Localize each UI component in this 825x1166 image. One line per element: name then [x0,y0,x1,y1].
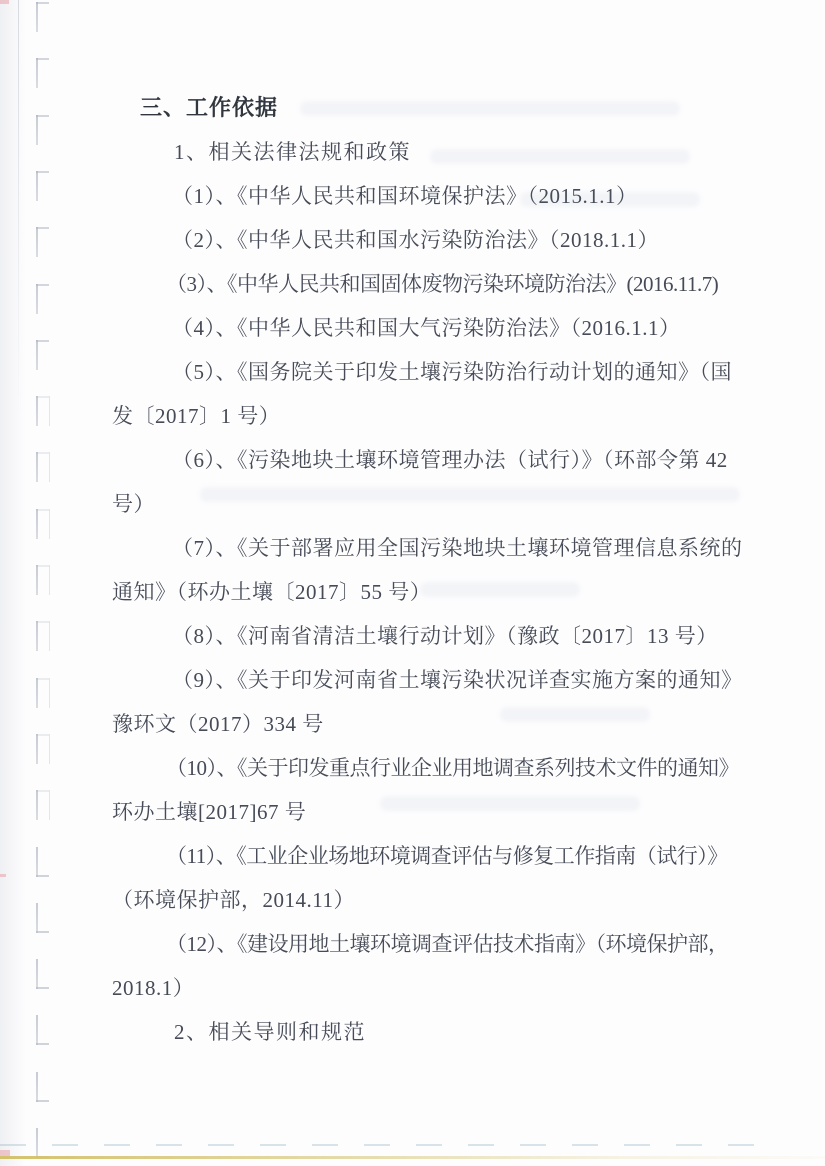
text-line: （7）、《关于部署应用全国污染地块土壤环境管理信息系统的 [112,526,767,570]
binding-hole-mark [36,1128,49,1158]
scan-speck [0,0,9,4]
binding-hole-mark [36,734,50,764]
text-line: 通知》（环办土壤〔2017〕55 号） [112,570,767,614]
text-line: （12）、《建设用地土壤环境调查评估技术指南》（环境保护部， [112,922,767,966]
binding-hole-mark [36,790,50,820]
binding-hole-mark [36,58,49,88]
scanned-document-page: 三、工作依据1、相关法律法规和政策（1）、《中华人民共和国环境保护法》（2015… [0,0,825,1166]
scan-left-edge-shading [0,0,26,1166]
binding-hole-mark [36,227,49,257]
binding-hole-mark [36,115,49,145]
scan-speck [0,874,6,877]
binding-hole-mark [36,340,49,370]
binding-hole-mark [36,621,50,651]
text-line: 环办土壤[2017]67 号 [112,790,767,834]
binding-hole-mark [36,171,49,201]
binding-hole-mark [36,678,50,708]
document-body: 三、工作依据1、相关法律法规和政策（1）、《中华人民共和国环境保护法》（2015… [112,86,767,1054]
binding-hole-mark [36,959,49,989]
binding-hole-mark [36,2,49,32]
binding-hole-mark [36,1015,49,1045]
text-line: （4）、《中华人民共和国大气污染防治法》（2016.1.1） [112,306,767,350]
binding-hole-mark [36,452,50,482]
text-line: （5）、《国务院关于印发土壤污染防治行动计划的通知》（国 [112,350,767,394]
binding-hole-mark [36,847,49,877]
text-line: （6）、《污染地块土壤环境管理办法（试行）》（环部令第 42 [112,438,767,482]
scan-bottom-edge-artifact [0,1156,825,1159]
text-line: 1、相关法律法规和政策 [112,130,767,174]
text-line: 发〔2017〕1 号） [112,394,767,438]
text-line: （环境保护部，2014.11） [112,878,767,922]
text-line: （1）、《中华人民共和国环境保护法》（2015.1.1） [112,174,767,218]
text-line: 豫环文（2017）334 号 [112,702,767,746]
binding-hole-mark [36,396,50,426]
binding-hole-mark [36,565,50,595]
section-heading: 三、工作依据 [112,86,767,130]
scan-speck [0,1150,10,1156]
text-line: （11）、《工业企业场地环境调查评估与修复工作指南（试行）》 [112,834,767,878]
text-line: （9）、《关于印发河南省土壤污染状况详查实施方案的通知》 [112,658,767,702]
text-line: （3）、《中华人民共和国固体废物污染环境防治法》(2016.11.7) [112,262,767,306]
text-line: （10）、《关于印发重点行业企业用地调查系列技术文件的通知》 [112,746,767,790]
binding-hole-mark [36,509,50,539]
text-line: 2018.1） [112,966,767,1010]
text-line: 2、相关导则和规范 [112,1010,767,1054]
text-line: （2）、《中华人民共和国水污染防治法》（2018.1.1） [112,218,767,262]
binding-hole-mark [36,284,49,314]
text-line: 号） [112,482,767,526]
binding-hole-mark [36,1072,49,1102]
text-line: （8）、《河南省清洁土壤行动计划》（豫政〔2017〕13 号） [112,614,767,658]
scan-bottom-dash-artifact [0,1144,775,1146]
binding-hole-mark [36,903,49,933]
scan-left-edge-line [18,0,19,420]
